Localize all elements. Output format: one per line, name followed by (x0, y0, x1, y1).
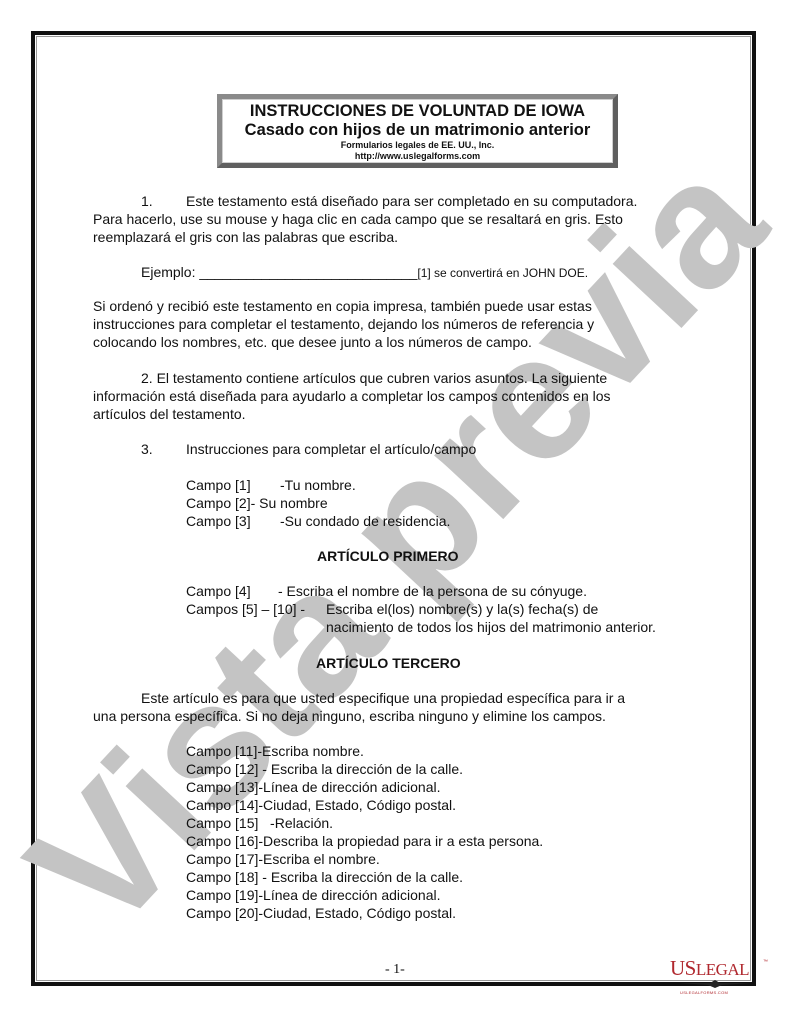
logo-wordmark: USLEGAL (670, 957, 770, 981)
logo-trademark: ™ (763, 959, 768, 965)
paragraph-1-number: 1. (141, 192, 153, 210)
field-13: Campo [13]-Línea de dirección adicional. (186, 778, 441, 796)
paragraph-2-line-1: 2. El testamento contiene artículos que … (141, 369, 607, 387)
document-title: INSTRUCCIONES DE VOLUNTAD DE IOWA (223, 102, 612, 121)
paragraph-3-number: 3. (141, 440, 153, 458)
article-3-line-2: una persona específica. Si no deja ningu… (93, 707, 606, 725)
field-2-label: Campo [2]- Su nombre (186, 494, 328, 512)
print-paragraph-line-3: colocando los nombres, etc. que desee ju… (93, 333, 532, 351)
print-paragraph-line-1: Si ordenó y recibió este testamento en c… (93, 297, 592, 315)
field-1-desc: -Tu nombre. (280, 476, 356, 494)
field-1-label: Campo [1] (186, 476, 251, 494)
field-3-desc: -Su condado de residencia. (280, 512, 450, 530)
field-18: Campo [18] - Escriba la dirección de la … (186, 868, 463, 886)
field-4-desc: - Escriba el nombre de la persona de su … (278, 582, 587, 600)
paragraph-1-line-1: Este testamento está diseñado para ser c… (186, 192, 637, 210)
example-suffix: [1] se convertirá en JOHN DOE. (417, 266, 588, 280)
field-19: Campo [19]-Línea de dirección adicional. (186, 886, 441, 904)
example-blank-field[interactable]: ____________________________ (199, 264, 417, 280)
fields-5-10-label: Campos [5] – [10] - (186, 600, 305, 618)
fields-5-10-desc: Escriba el(los) nombre(s) y la(s) fecha(… (326, 600, 598, 618)
field-12: Campo [12] - Escriba la dirección de la … (186, 760, 463, 778)
publisher-name: Formularios legales de EE. UU., Inc. (223, 140, 612, 151)
logo-subtext: USLEGALFORMS.COM (680, 990, 728, 995)
paragraph-2-line-2: información está diseñada para ayudarlo … (93, 387, 611, 405)
field-4-label: Campo [4] (186, 582, 251, 600)
paragraph-3-text: Instrucciones para completar el artículo… (186, 440, 476, 458)
field-20: Campo [20]-Ciudad, Estado, Código postal… (186, 904, 456, 922)
document-title-box: INSTRUCCIONES DE VOLUNTAD DE IOWA Casado… (217, 94, 618, 168)
publisher-url: http://www.uslegalforms.com (223, 151, 612, 162)
article-3-line-1: Este artículo es para que usted especifi… (141, 689, 625, 707)
logo-us: US (670, 956, 696, 980)
paragraph-1-line-2: Para hacerlo, use su mouse y haga clic e… (93, 210, 623, 228)
uslegal-logo: USLEGAL ™ USLEGALFORMS.COM (670, 957, 770, 997)
paragraph-2-line-3: artículos del testamento. (93, 405, 246, 423)
field-16: Campo [16]-Describa la propiedad para ir… (186, 832, 543, 850)
example-line: Ejemplo: ____________________________[1]… (141, 263, 588, 282)
page-number: - 1- (385, 962, 405, 978)
field-3-label: Campo [3] (186, 512, 251, 530)
field-11: Campo [11]-Escriba nombre. (186, 742, 364, 760)
document-subtitle: Casado con hijos de un matrimonio anteri… (223, 121, 612, 140)
paragraph-1-line-3: reemplazará el gris con las palabras que… (93, 228, 398, 246)
logo-legal: LEGAL (696, 960, 749, 979)
eagle-wings-icon (678, 980, 753, 988)
field-15: Campo [15] -Relación. (186, 814, 333, 832)
article-tercero-heading: ARTÍCULO TERCERO (316, 654, 461, 672)
example-label: Ejemplo: (141, 264, 199, 280)
fields-5-10-desc-cont: nacimiento de todos los hijos del matrim… (326, 618, 656, 636)
field-14: Campo [14]-Ciudad, Estado, Código postal… (186, 796, 456, 814)
article-primero-heading: ARTÍCULO PRIMERO (317, 547, 459, 565)
field-17: Campo [17]-Escriba el nombre. (186, 850, 380, 868)
print-paragraph-line-2: instrucciones para completar el testamen… (93, 315, 594, 333)
